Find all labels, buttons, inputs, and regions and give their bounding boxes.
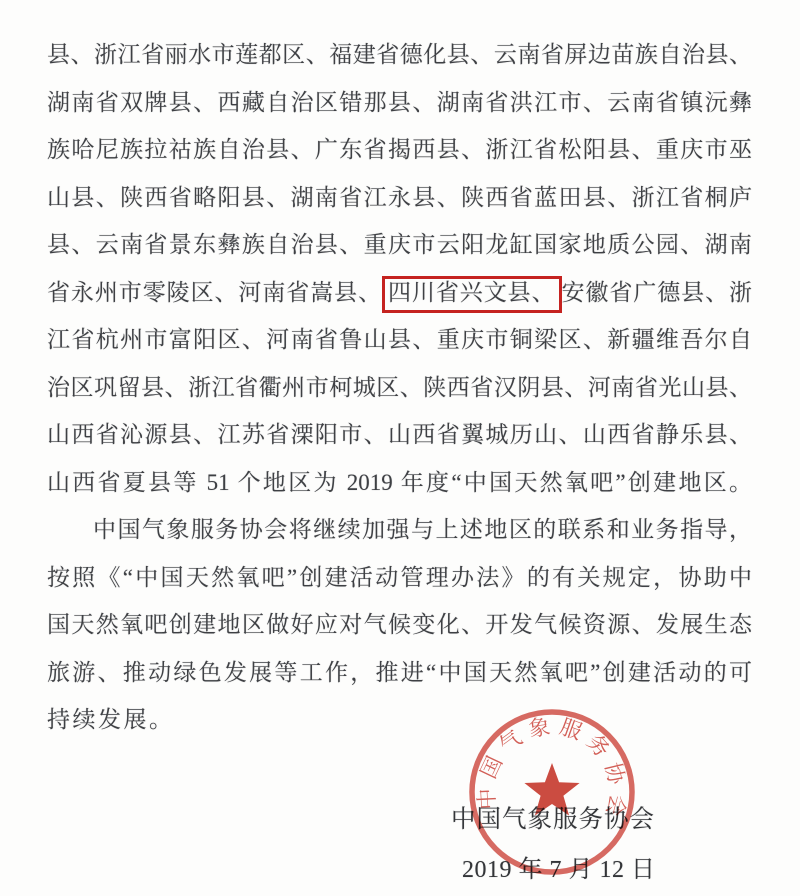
text-segment: 安徽省广德县、浙 (562, 280, 753, 305)
text-line: 按照《“中国天然氧吧”创建活动管理办法》的有关规定，协助中 (47, 554, 752, 602)
official-seal-stamp: 中国气象服务协会 (457, 697, 647, 887)
stamp-star-icon (524, 763, 579, 816)
text-line: 山西省沁源县、江苏省溧阳市、山西省翼城历山、山西省静乐县、 (47, 411, 752, 459)
document-body: 县、浙江省丽水市莲都区、福建省德化县、云南省屏边苗族自治县、 湖南省双牌县、西藏… (47, 31, 752, 744)
text-line: 山县、陕西省略阳县、湖南省江永县、陕西省蓝田县、浙江省桐庐 (47, 174, 752, 222)
text-line: 国天然氧吧创建地区做好应对气候变化、开发气候资源、发展生态 (47, 601, 752, 649)
text-line: 族哈尼族拉祜族自治县、广东省揭西县、浙江省松阳县、重庆市巫 (47, 126, 752, 174)
text-line: 中国气象服务协会将继续加强与上述地区的联系和业务指导， (47, 506, 752, 554)
text-line: 江省杭州市富阳区、河南省鲁山县、重庆市铜梁区、新疆维吾尔自 (47, 316, 752, 364)
document-page: 县、浙江省丽水市莲都区、福建省德化县、云南省屏边苗族自治县、 湖南省双牌县、西藏… (0, 0, 800, 896)
text-line: 县、云南省景东彝族自治县、重庆市云阳龙缸国家地质公园、湖南 (47, 221, 752, 269)
text-line: 旅游、推动绿色发展等工作，推进“中国天然氧吧”创建活动的可 (47, 649, 752, 697)
highlight-box: 四川省兴文县、 (382, 276, 562, 313)
text-segment: 省永州市零陵区、河南省嵩县、 (47, 280, 382, 305)
text-line: 县、浙江省丽水市莲都区、福建省德化县、云南省屏边苗族自治县、 (47, 31, 752, 79)
text-line: 湖南省双牌县、西藏自治区错那县、湖南省洪江市、云南省镇沅彝 (47, 79, 752, 127)
text-line: 山西省夏县等 51 个地区为 2019 年度“中国天然氧吧”创建地区。 (47, 459, 752, 507)
text-line-with-highlight: 省永州市零陵区、河南省嵩县、四川省兴文县、安徽省广德县、浙 (47, 269, 752, 317)
text-line: 治区巩留县、浙江省衢州市柯城区、陕西省汉阴县、河南省光山县、 (47, 364, 752, 412)
